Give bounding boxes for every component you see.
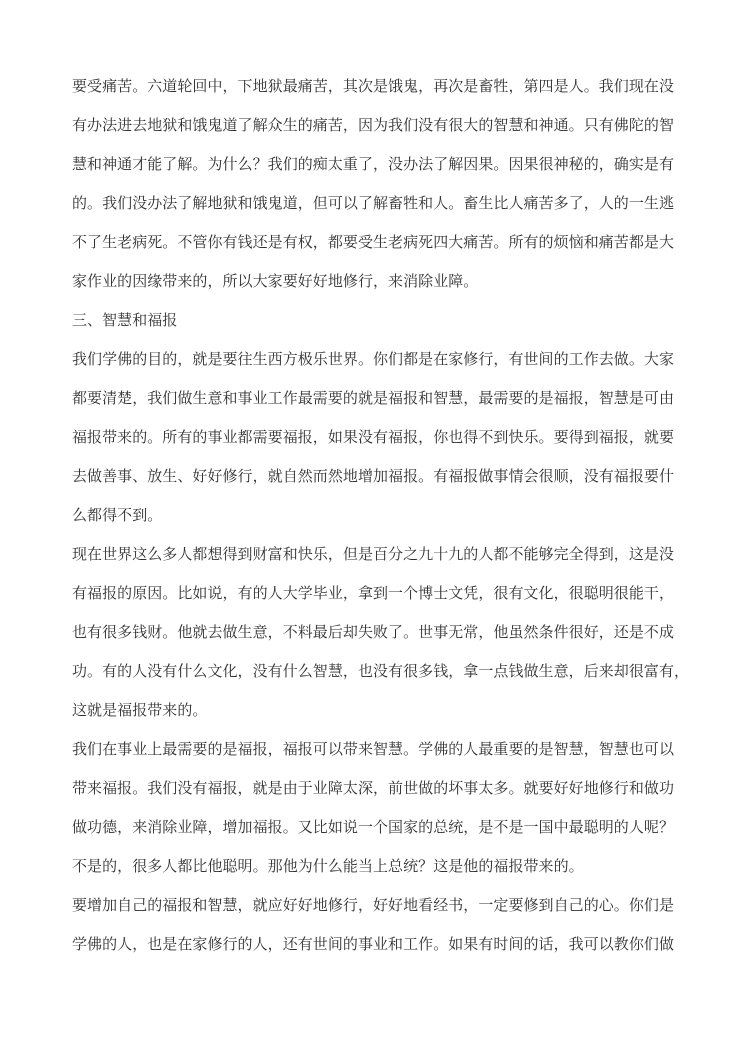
text-line: 不是的，很多人都比他聪明。那他为什么能当上总统？这是他的福报带来的。 — [72, 848, 692, 887]
text-line: 有办法进去地狱和饿鬼道了解众生的痛苦，因为我们没有很大的智慧和神通。只有佛陀的智 — [72, 107, 692, 146]
text-line: 功。有的人没有什么文化，没有什么智慧，也没有很多钱，拿一点钱做生意，后来却很富有… — [72, 653, 692, 692]
text-line: 家作业的因缘带来的，所以大家要好好地修行，来消除业障。 — [72, 263, 692, 302]
paragraph-2: 我们学佛的目的，就是要往生西方极乐世界。你们都是在家修行，有世间的工作去做。大家… — [72, 341, 692, 536]
paragraph-4: 我们在事业上最需要的是福报，福报可以带来智慧。学佛的人最重要的是智慧，智慧也可以… — [72, 731, 692, 887]
paragraph-1: 要受痛苦。六道轮回中，下地狱最痛苦，其次是饿鬼，再次是畜牲，第四是人。我们现在没… — [72, 68, 692, 302]
text-line: 也有很多钱财。他就去做生意，不料最后却失败了。世事无常，他虽然条件很好，还是不成 — [72, 614, 692, 653]
text-line: 我们学佛的目的，就是要往生西方极乐世界。你们都是在家修行，有世间的工作去做。大家 — [72, 341, 692, 380]
document-page: 要受痛苦。六道轮回中，下地狱最痛苦，其次是饿鬼，再次是畜牲，第四是人。我们现在没… — [0, 0, 744, 1052]
text-line: 福报带来的。所有的事业都需要福报，如果没有福报，你也得不到快乐。要得到福报，就要 — [72, 419, 692, 458]
text-line: 么都得不到。 — [72, 497, 692, 536]
text-line: 有福报的原因。比如说，有的人大学毕业，拿到一个博士文凭，很有文化，很聪明很能干， — [72, 575, 692, 614]
text-line: 做功德，来消除业障，增加福报。又比如说一个国家的总统，是不是一国中最聪明的人呢？ — [72, 809, 692, 848]
text-line: 我们在事业上最需要的是福报，福报可以带来智慧。学佛的人最重要的是智慧，智慧也可以 — [72, 731, 692, 770]
section-heading: 三、智慧和福报 — [72, 302, 692, 341]
text-line: 去做善事、放生、好好修行，就自然而然地增加福报。有福报做事情会很顺，没有福报要什 — [72, 458, 692, 497]
text-line: 慧和神通才能了解。为什么？我们的痴太重了，没办法了解因果。因果很神秘的，确实是有 — [72, 146, 692, 185]
text-line: 的。我们没办法了解地狱和饿鬼道，但可以了解畜牲和人。畜生比人痛苦多了，人的一生逃 — [72, 185, 692, 224]
paragraph-3: 现在世界这么多人都想得到财富和快乐，但是百分之九十九的人都不能够完全得到，这是没… — [72, 536, 692, 731]
text-line: 要增加自己的福报和智慧，就应好好地修行，好好地看经书，一定要修到自己的心。你们是 — [72, 887, 692, 926]
text-line: 都要清楚，我们做生意和事业工作最需要的就是福报和智慧，最需要的是福报，智慧是可由 — [72, 380, 692, 419]
text-block: 要受痛苦。六道轮回中，下地狱最痛苦，其次是饿鬼，再次是畜牲，第四是人。我们现在没… — [72, 68, 692, 965]
text-line: 学佛的人，也是在家修行的人，还有世间的事业和工作。如果有时间的话，我可以教你们做 — [72, 926, 692, 965]
text-line: 这就是福报带来的。 — [72, 692, 692, 731]
text-line: 要受痛苦。六道轮回中，下地狱最痛苦，其次是饿鬼，再次是畜牲，第四是人。我们现在没 — [72, 68, 692, 107]
text-line: 不了生老病死。不管你有钱还是有权，都要受生老病死四大痛苦。所有的烦恼和痛苦都是大 — [72, 224, 692, 263]
text-line: 带来福报。我们没有福报，就是由于业障太深，前世做的坏事太多。就要好好地修行和做功 — [72, 770, 692, 809]
text-line: 现在世界这么多人都想得到财富和快乐，但是百分之九十九的人都不能够完全得到，这是没 — [72, 536, 692, 575]
paragraph-5: 要增加自己的福报和智慧，就应好好地修行，好好地看经书，一定要修到自己的心。你们是… — [72, 887, 692, 965]
